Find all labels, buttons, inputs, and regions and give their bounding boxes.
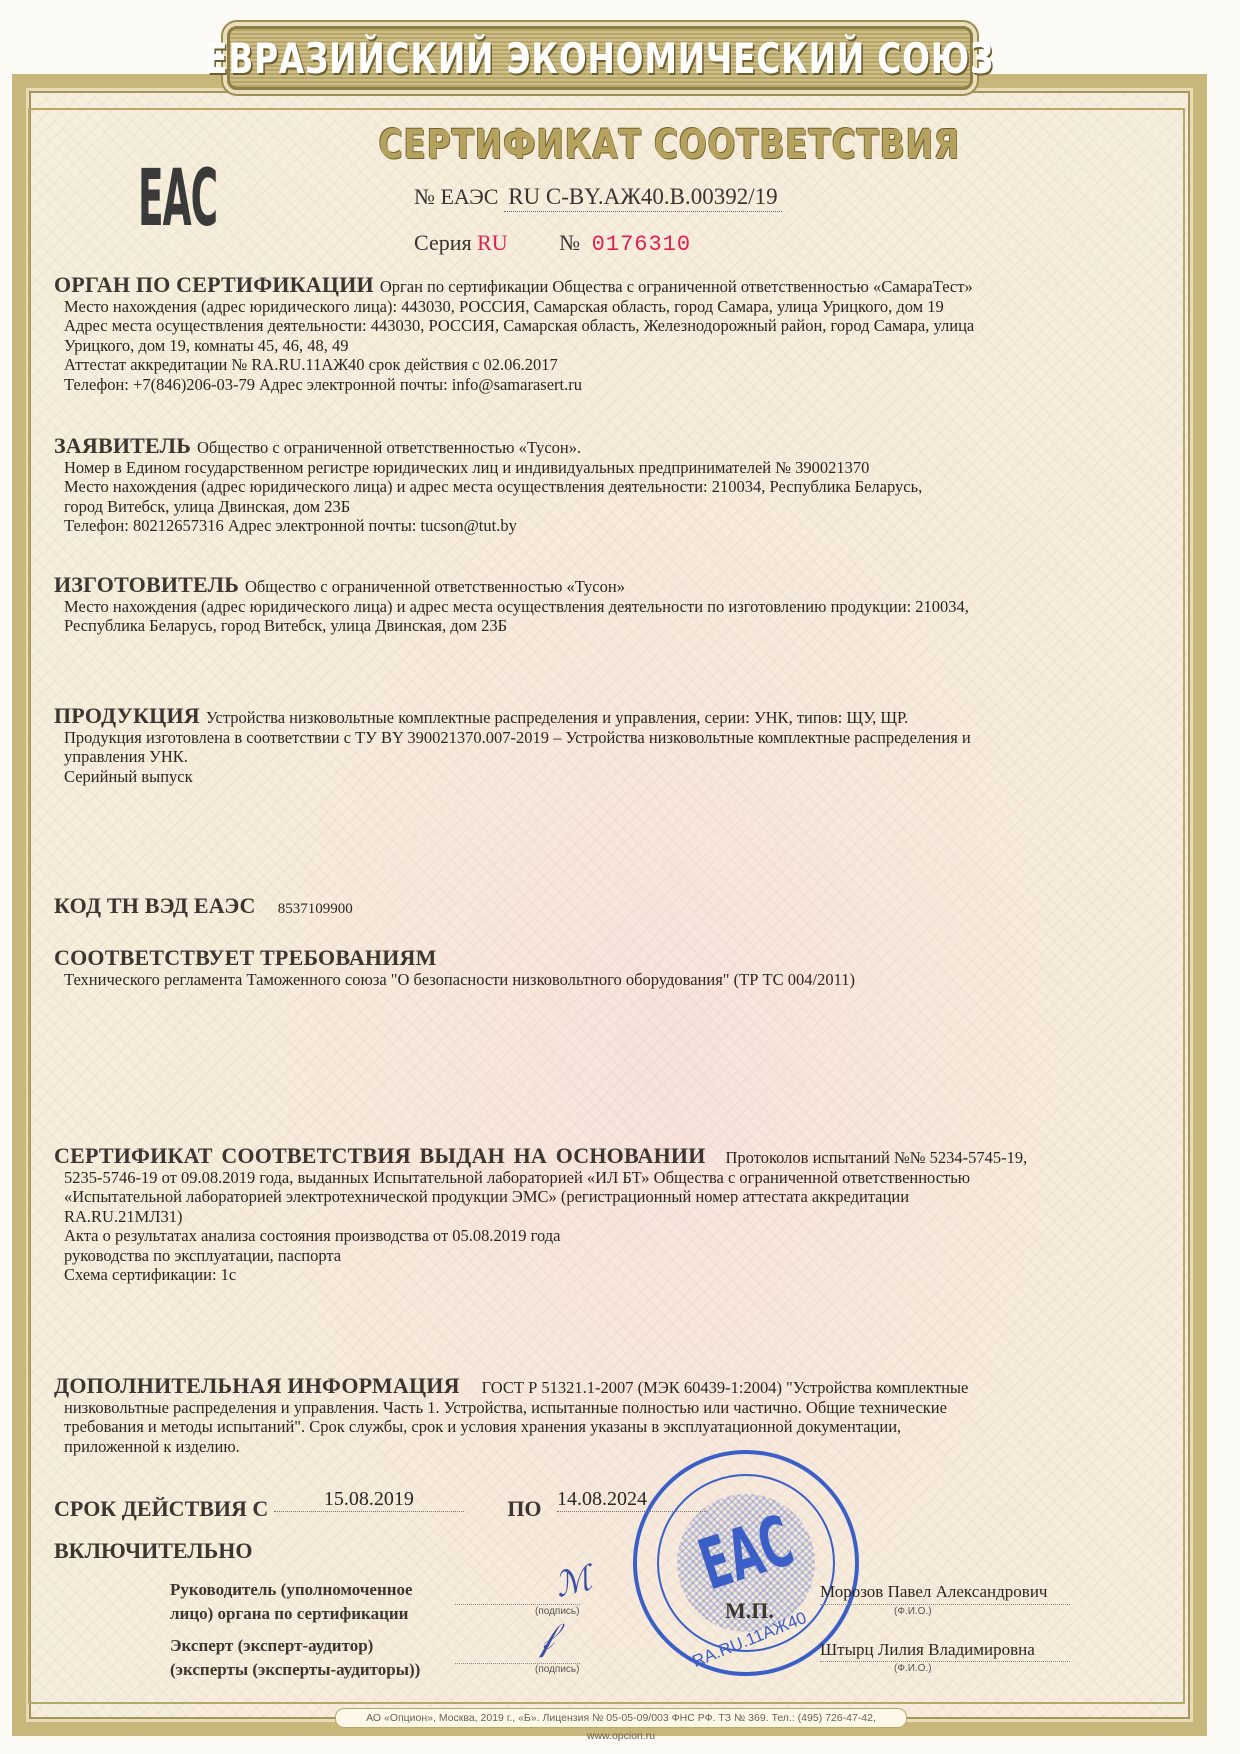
union-banner: ЕВРАЗИЙСКИЙ ЭКОНОМИЧЕСКИЙ СОЮЗ [227,26,973,90]
series-label: Серия [414,230,472,255]
section-certification-body: ОРГАН ПО СЕРТИФИКАЦИИОрган по сертификац… [54,275,1164,394]
head-name-line [820,1604,1070,1605]
text-line: руководства по эксплуатации, паспорта [54,1246,1164,1266]
series-value: RU [477,230,508,255]
certificate-title: СЕРТИФИКАТ СООТВЕТСТВИЯ [379,122,822,168]
text-line: приложенной к изделию. [54,1437,1164,1457]
signature-caption: (подпись) [535,1664,579,1675]
valid-from-label: СРОК ДЕЙСТВИЯ С [54,1496,268,1521]
expert-name-line [820,1661,1070,1662]
expert-role: Эксперт (эксперт-аудитор) (эксперты (экс… [170,1634,420,1682]
text-line: Продукция изготовлена в соответствии с Т… [54,728,1164,748]
manufacturer-name: Общество с ограниченной ответственностью… [245,577,625,596]
signature-caption: (подпись) [535,1606,579,1617]
tnved-code: 8537109900 [278,901,353,917]
section-heading: ЗАЯВИТЕЛЬ [54,433,191,458]
name-caption: (Ф.И.О.) [894,1663,932,1674]
inclusive-label: ВКЛЮЧИТЕЛЬНО [54,1538,707,1564]
text-line: город Витебск, улица Двинская, дом 23Б [54,497,1164,517]
text-line: Аттестат аккредитации № RA.RU.11АЖ40 сро… [54,355,1164,375]
expert-role-line: Эксперт (эксперт-аудитор) [170,1634,420,1658]
section-heading: ПРОДУКЦИЯ [54,703,200,728]
product-name: Устройства низковольтные комплектные рас… [206,708,908,727]
section-heading: ОРГАН ПО СЕРТИФИКАЦИИ [54,272,374,297]
text-line: Номер в Едином государственном регистре … [54,458,1164,478]
text-line: Телефон: +7(846)206-03-79 Адрес электрон… [54,375,1164,395]
expert-role-line: (эксперты (эксперты-аудиторы)) [170,1658,420,1682]
head-role: Руководитель (уполномоченное лицо) орган… [170,1578,413,1626]
applicant-name: Общество с ограниченной ответственностью… [197,438,581,457]
union-banner-text: ЕВРАЗИЙСКИЙ ЭКОНОМИЧЕСКИЙ СОЮЗ [206,34,995,83]
eac-logo-icon: ЕАС [138,160,217,238]
section-product: ПРОДУКЦИЯУстройства низковольтные компле… [54,706,1164,786]
text-line: Акта о результатах анализа состояния про… [54,1226,1164,1246]
section-tnved: КОД ТН ВЭД ЕАЭС 8537109900 [54,896,1164,920]
section-manufacturer: ИЗГОТОВИТЕЛЬОбщество с ограниченной отве… [54,575,1164,636]
text-line: низковольтные распределения и управления… [54,1398,1164,1418]
text-line: Место нахождения (адрес юридического лиц… [54,597,1164,617]
section-heading: КОД ТН ВЭД ЕАЭС [54,893,256,918]
text-line: Серийный выпуск [54,767,1164,787]
additional-first-line: ГОСТ Р 51321.1-2007 (МЭК 60439-1:2004) "… [482,1378,969,1397]
registration-line: № ЕАЭС RU C-BY.АЖ40.В.00392/19 [414,184,782,210]
text-line: Республика Беларусь, город Витебск, улиц… [54,616,1164,636]
registration-label: № ЕАЭС [414,184,498,209]
head-role-line: Руководитель (уполномоченное [170,1578,413,1602]
printer-footer: АО «Опцион», Москва, 2019 г., «Б». Лицен… [335,1708,907,1728]
section-requirements: СООТВЕТСТВУЕТ ТРЕБОВАНИЯМ Технического р… [54,948,1164,989]
valid-from-date: 15.08.2019 [274,1488,464,1512]
text-line: Урицкого, дом 19, комнаты 45, 46, 48, 49 [54,336,1164,356]
valid-to-date: 14.08.2024 [557,1488,707,1512]
head-role-line: лицо) органа по сертификации [170,1602,413,1626]
section-heading: СООТВЕТСТВУЕТ ТРЕБОВАНИЯМ [54,948,1164,968]
text-line: Телефон: 80212657316 Адрес электронной п… [54,516,1164,536]
section-heading: ДОПОЛНИТЕЛЬНАЯ ИНФОРМАЦИЯ [54,1373,460,1398]
series-line: Серия RU № 0176310 [414,230,691,257]
head-name: Морозов Павел Александрович [820,1582,1047,1602]
text-line: 5235-5746-19 от 09.08.2019 года, выданны… [54,1168,1164,1188]
name-caption: (Ф.И.О.) [894,1606,932,1617]
text-line: Адрес места осуществления деятельности: … [54,316,1164,336]
text-line: Технического регламента Таможенного союз… [54,970,1164,990]
section-heading: ИЗГОТОВИТЕЛЬ [54,572,239,597]
certification-body-name: Орган по сертификации Общества с огранич… [380,277,973,296]
section-additional-info: ДОПОЛНИТЕЛЬНАЯ ИНФОРМАЦИЯГОСТ Р 51321.1-… [54,1376,1164,1456]
section-heading: СЕРТИФИКАТ СООТВЕТСТВИЯ ВЫДАН НА ОСНОВАН… [54,1143,706,1168]
form-number: 0176310 [592,232,691,257]
validity-period: СРОК ДЕЙСТВИЯ С 15.08.2019 ПО 14.08.2024… [54,1496,707,1564]
registration-number: RU C-BY.АЖ40.В.00392/19 [504,184,781,212]
section-basis: СЕРТИФИКАТ СООТВЕТСТВИЯ ВЫДАН НА ОСНОВАН… [54,1146,1164,1285]
text-line: Схема сертификации: 1с [54,1265,1164,1285]
expert-name: Штырц Лилия Владимировна [820,1640,1035,1660]
text-line: Место нахождения (адрес юридического лиц… [54,297,1164,317]
text-line: RA.RU.21МЛ31) [54,1207,1164,1227]
number-label: № [559,230,580,255]
text-line: управления УНК. [54,747,1164,767]
text-line: «Испытательной лабораторией электротехни… [54,1187,1164,1207]
section-applicant: ЗАЯВИТЕЛЬОбщество с ограниченной ответст… [54,436,1164,536]
basis-first-line: Протоколов испытаний №№ 5234-5745-19, [726,1148,1028,1167]
text-line: требования и методы испытаний". Срок слу… [54,1417,1164,1437]
valid-to-label: ПО [507,1496,541,1521]
seal-place-label: М.П. [725,1598,774,1624]
text-line: Место нахождения (адрес юридического лиц… [54,477,1164,497]
